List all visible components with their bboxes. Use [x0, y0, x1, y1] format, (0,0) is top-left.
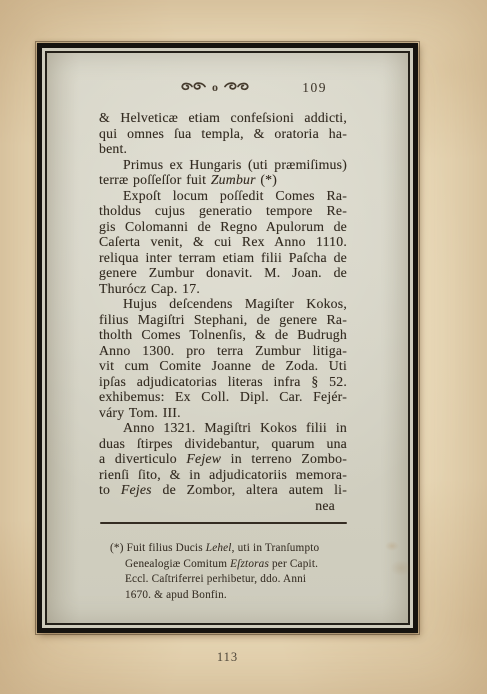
text-line: exhibemus: Ex Coll. Dipl. Car. Fejér-	[99, 389, 347, 405]
footnote-line: Eccl. Caſtriferrei perhibetur, ddo. Anni	[110, 572, 353, 588]
footnote-line: (*) Fuit filius Ducis Lehel, uti in Tran…	[110, 541, 353, 557]
foxing-stain	[385, 541, 399, 551]
italic-text: Eſztoras	[230, 558, 269, 570]
catchword: nea	[99, 498, 347, 514]
text-line: a diverticulo Fejew in terreno Zombo-	[99, 451, 347, 467]
text-line: rienſi ſito, & in adjudicatoriis memora-	[99, 467, 347, 483]
text-line: ipſas adjudicatorias literas infra § 52.	[99, 374, 347, 390]
text-line: qui omnes ſua templa, & oratoria ha-	[99, 126, 347, 142]
text-line: & Helveticæ etiam confeſsioni addicti,	[99, 110, 347, 126]
text-line: gis Colomanni de Regno Apulorum de	[99, 219, 347, 235]
body-text: & Helveticæ etiam confeſsioni addicti,qu…	[99, 110, 347, 513]
footnote-line: 1670. & apud Bonfin.	[110, 588, 353, 604]
flourish-left-icon	[180, 81, 206, 92]
text-line: Expoſt locum poſſedit Comes Ra-	[99, 188, 347, 204]
text-line: váry Tom. III.	[99, 405, 347, 421]
text-line: tholdus cujus generatio tempore Re-	[99, 203, 347, 219]
italic-text: Fejes	[121, 482, 152, 497]
page-paper: o 109 & Helveticæ etiam confeſsioni addi…	[45, 51, 410, 625]
text-line: Primus ex Hungaris (uti præmiſimus)	[99, 157, 347, 173]
footnote-divider	[100, 522, 347, 524]
italic-text: Fejew	[186, 451, 221, 466]
text-line: terræ poſſeſſor fuit Zumbur (*)	[99, 172, 347, 188]
text-line: Hujus deſcendens Magiſter Kokos,	[99, 296, 347, 312]
footnote: (*) Fuit filius Ducis Lehel, uti in Tran…	[110, 541, 353, 603]
italic-text: Lehel	[206, 542, 232, 554]
text-line: filius Magiſtri Stephani, de genere Ra-	[99, 312, 347, 328]
italic-text: Zumbur	[211, 172, 256, 187]
page-frame: o 109 & Helveticæ etiam confeſsioni addi…	[37, 43, 418, 633]
text-line: tholth Comes Tolnenſis, & de Budrugh	[99, 327, 347, 343]
text-line: Anno 1300. pro terra Zumbur litiga-	[99, 343, 347, 359]
text-line: Thurócz Cap. 17.	[99, 281, 347, 297]
text-line: to Fejes de Zombor, altera autem li-	[99, 482, 347, 498]
ornament-letter: o	[212, 82, 218, 92]
text-line: Caſerta venit, & cui Rex Anno 1110.	[99, 234, 347, 250]
text-line: bent.	[99, 141, 347, 157]
text-line: duas ſtirpes dividebantur, quarum una	[99, 436, 347, 452]
text-line: genere Zumbur donavit. M. Joan. de	[99, 265, 347, 281]
footnote-line: Genealogiæ Comitum Eſztoras per Capit.	[110, 557, 353, 573]
page-header: o 109	[99, 80, 347, 96]
text-line: reliqua inter terram etiam filii Paſcha …	[99, 250, 347, 266]
flourish-right-icon	[224, 81, 250, 92]
header-ornament: o	[180, 81, 250, 92]
text-line: vit cum Comite Joanne de Zoda. Uti	[99, 358, 347, 374]
text-line: Anno 1321. Magiſtri Kokos filii in	[99, 420, 347, 436]
scan-page-number: 113	[37, 650, 418, 665]
page-number: 109	[302, 80, 327, 96]
scanned-book-page: o 109 & Helveticæ etiam confeſsioni addi…	[0, 0, 487, 694]
